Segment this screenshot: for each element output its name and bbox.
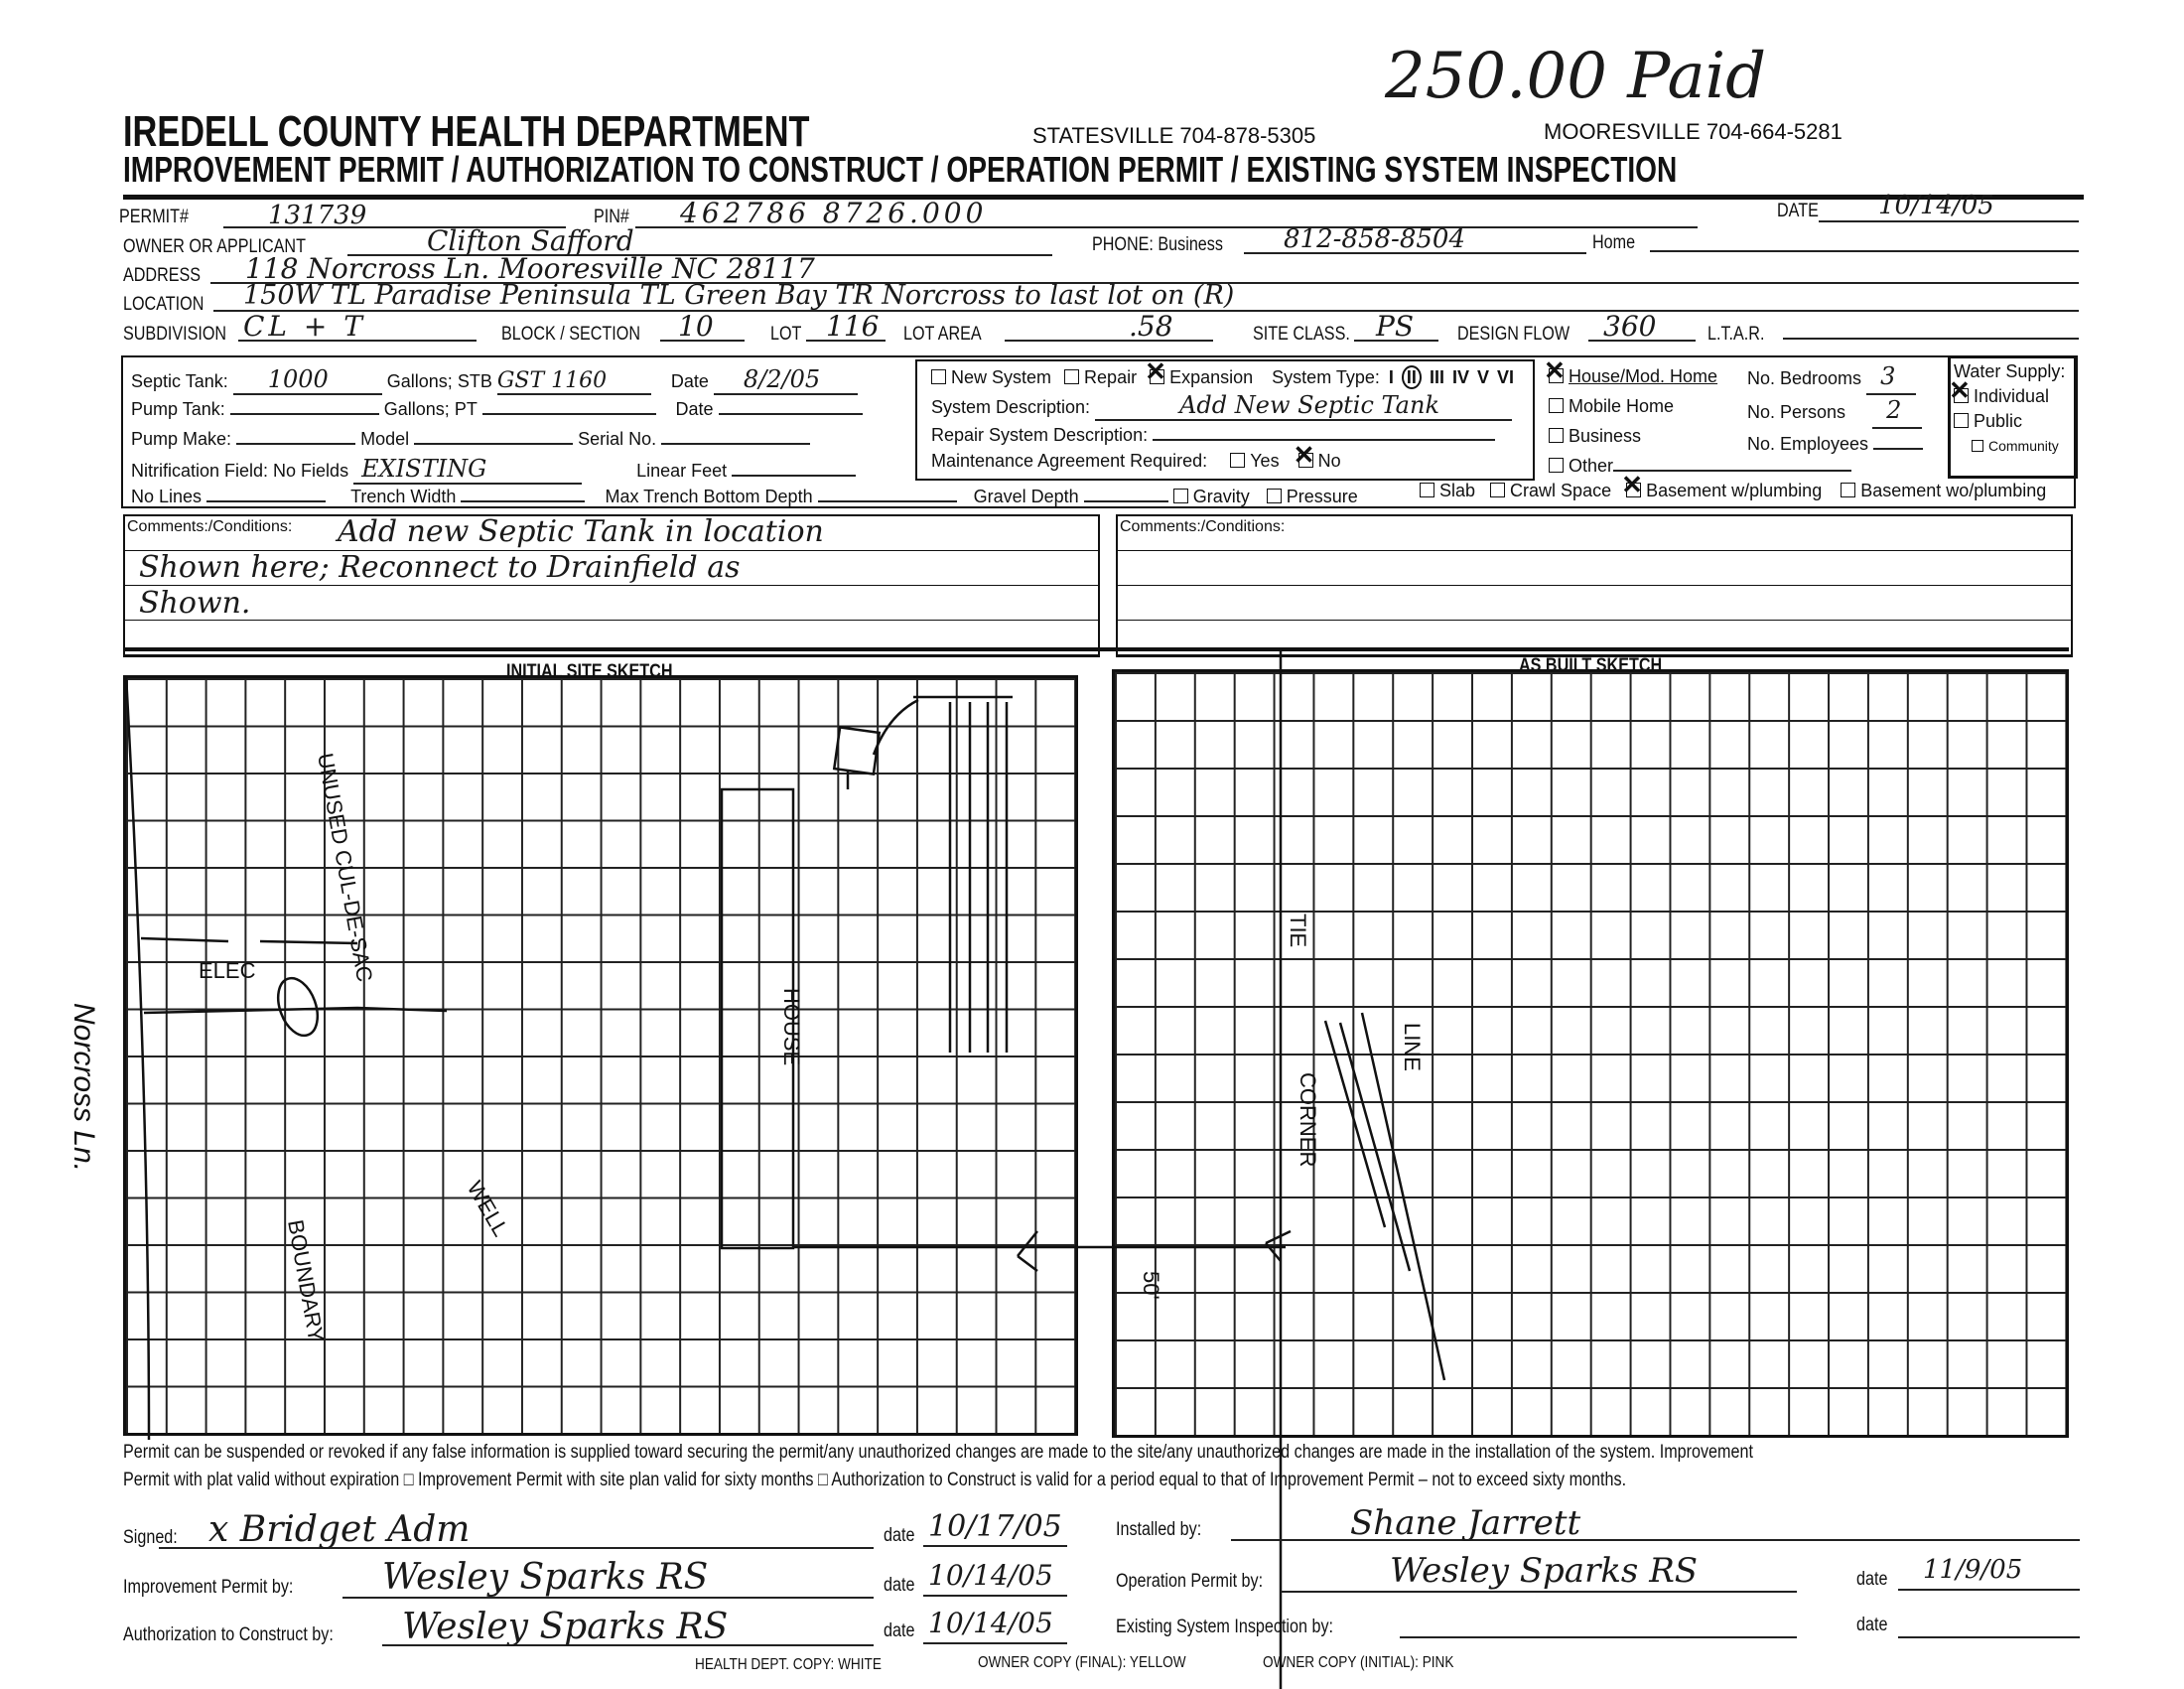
signed-date-value: 10/17/05	[928, 1509, 1062, 1544]
authorization-field[interactable]: Wesley Sparks RS	[382, 1607, 874, 1646]
operation-date-field[interactable]: 11/9/05	[1898, 1555, 2080, 1591]
operation-date-value: 11/9/05	[1923, 1555, 2022, 1585]
authorization-date-field[interactable]: 10/14/05	[923, 1607, 1067, 1644]
improvement-date-field[interactable]: 10/14/05	[923, 1559, 1067, 1597]
improvement-date-label: date	[884, 1575, 914, 1597]
operation-label: Operation Permit by:	[1116, 1571, 1263, 1593]
copy-white: HEALTH DEPT. COPY: WHITE	[695, 1656, 882, 1674]
existing-label: Existing System Inspection by:	[1116, 1617, 1333, 1638]
annotation-well: WELL	[463, 1177, 514, 1240]
authorization-value: Wesley Sparks RS	[402, 1607, 728, 1647]
annotation-line: LINE	[1400, 1023, 1425, 1071]
existing-field[interactable]	[1400, 1619, 1797, 1638]
operation-date-label: date	[1856, 1569, 1887, 1591]
authorization-date-value: 10/14/05	[928, 1607, 1053, 1639]
existing-date-label: date	[1856, 1615, 1887, 1636]
annotation-tie: TIE	[1286, 914, 1310, 947]
improvement-label: Improvement Permit by:	[123, 1577, 293, 1599]
installed-label: Installed by:	[1116, 1519, 1201, 1541]
disclaimer-text: Permit can be suspended or revoked if an…	[123, 1442, 1753, 1464]
existing-date-field[interactable]	[1898, 1619, 2080, 1638]
annotation-corner: CORNER	[1296, 1072, 1320, 1167]
annotation-boundary: BOUNDARY	[283, 1218, 329, 1344]
authorization-label: Authorization to Construct by:	[123, 1624, 334, 1646]
improvement-field[interactable]: Wesley Sparks RS	[342, 1557, 874, 1599]
sketch-drawing: UNUSED CUL-DE-SAC BOUNDARY HOUSE WELL EL…	[0, 0, 2184, 1689]
improvement-value: Wesley Sparks RS	[382, 1557, 708, 1598]
signed-value: x Bridget Adm	[208, 1509, 470, 1550]
signed-field[interactable]: x Bridget Adm	[159, 1509, 874, 1549]
operation-field[interactable]: Wesley Sparks RS	[1281, 1551, 1797, 1593]
signed-date-label: date	[884, 1525, 914, 1547]
signed-date-field[interactable]: 10/17/05	[923, 1509, 1067, 1547]
improvement-date-value: 10/14/05	[928, 1559, 1053, 1592]
copy-pink: OWNER COPY (INITIAL): PINK	[1263, 1654, 1453, 1672]
annotation-unused-cul-de-sac: UNUSED CUL-DE-SAC	[313, 752, 377, 984]
annotation-house: HOUSE	[779, 988, 804, 1065]
annotation-50ft: 50'	[1139, 1271, 1163, 1300]
annotation-elec: ELEC	[199, 958, 256, 983]
validity-text: Permit with plat valid without expiratio…	[123, 1470, 1626, 1491]
copy-yellow: OWNER COPY (FINAL): YELLOW	[978, 1654, 1186, 1672]
installed-value: Shane Jarrett	[1350, 1503, 1580, 1543]
authorization-date-label: date	[884, 1620, 914, 1642]
operation-value: Wesley Sparks RS	[1390, 1551, 1698, 1591]
installed-field[interactable]: Shane Jarrett	[1231, 1503, 2080, 1541]
margin-note: Norcross Ln.	[68, 1003, 100, 1172]
